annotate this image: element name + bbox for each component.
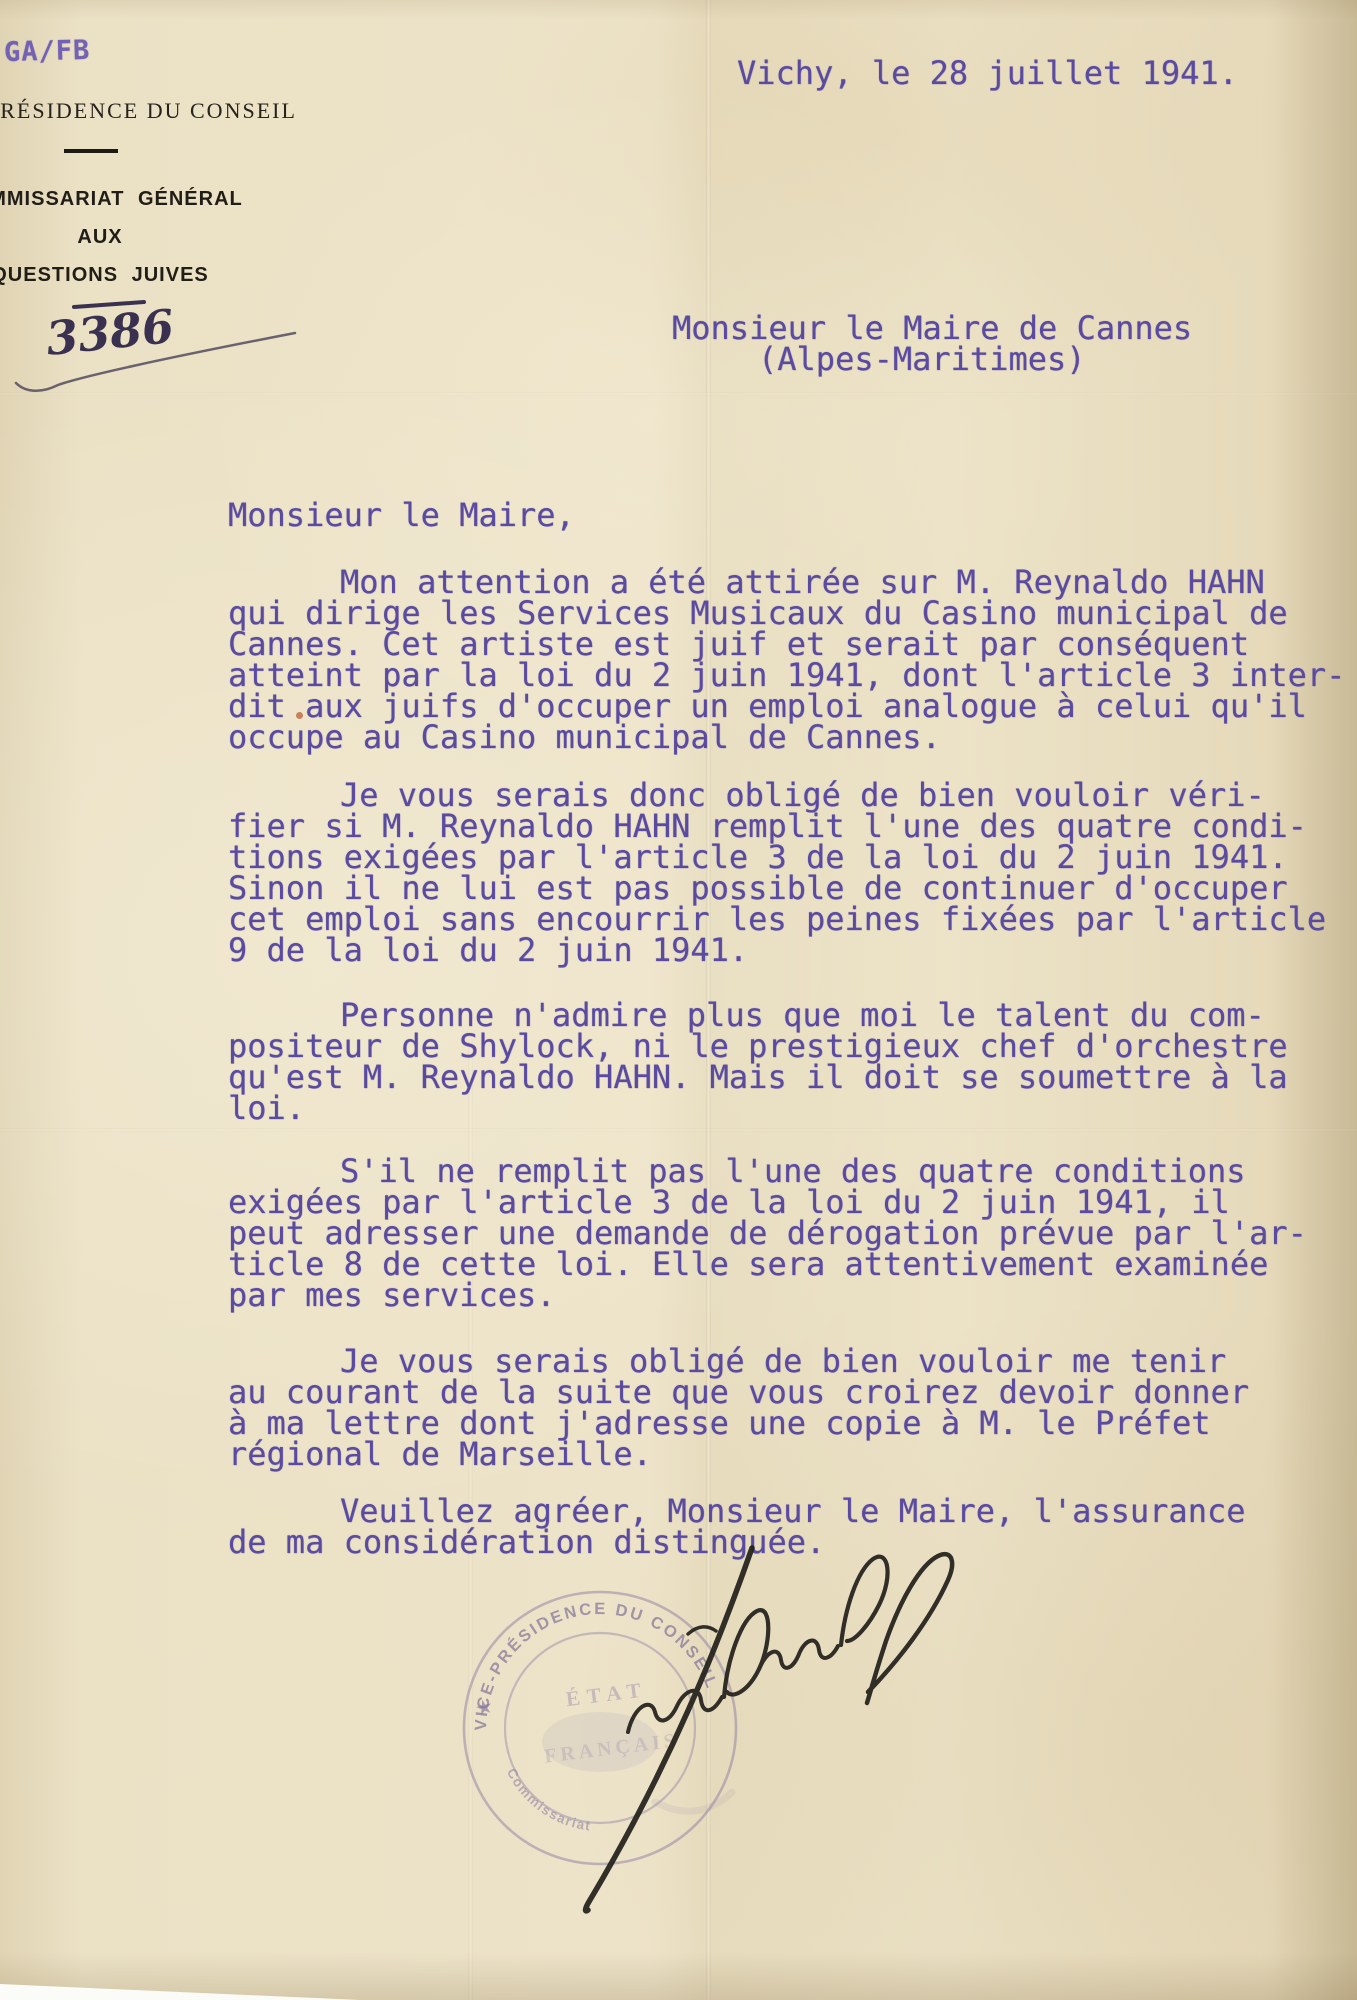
salutation: Monsieur le Maire, — [228, 500, 575, 531]
typewritten-line: loi. — [228, 1093, 1353, 1124]
signature-long-slash — [586, 1548, 752, 1911]
recipient-address: Monsieur le Maire de Cannes (Alpes-Marit… — [672, 313, 1192, 375]
paragraph-1: Mon attention a été attirée sur M. Reyna… — [228, 567, 1353, 753]
letterhead-divider-rule — [64, 149, 118, 153]
reference-number-text: 3386 — [44, 299, 177, 366]
signature-cursive-1 — [628, 1691, 722, 1732]
signature-tilde — [688, 1627, 716, 1634]
paper-edge-shadow-bottom — [0, 1952, 1357, 2000]
signature-xavier-vallat: Xavier Vallat — [540, 1520, 1000, 1940]
paragraph-5: Je vous serais obligé de bien vouloir me… — [228, 1346, 1353, 1470]
dateline: Vichy, le 28 juillet 1941. — [737, 58, 1238, 89]
handwritten-reference-number: 3386 — [0, 285, 330, 415]
signature-final-sweep — [867, 1554, 952, 1703]
paper-crease-horizontal-middle — [0, 1128, 1357, 1132]
typewritten-line: 9 de la loi du 2 juin 1941. — [228, 935, 1353, 966]
typewritten-line: par mes services. — [228, 1280, 1353, 1311]
paragraph-3: Personne n'admire plus que moi le talent… — [228, 1000, 1353, 1124]
typewritten-line: régional de Marseille. — [228, 1439, 1353, 1470]
typewritten-line: occupe au Casino municipal de Cannes. — [228, 722, 1353, 753]
letterhead-bureau-line1: COMMISSARIAT GÉNÉRAL — [0, 188, 246, 211]
paragraph-2: Je vous serais donc obligé de bien voulo… — [228, 780, 1353, 966]
letterhead-office-title: PRÉSIDENCE DU CONSEIL — [0, 98, 297, 124]
scan-edge-bottom-left — [0, 1984, 360, 2000]
signature-cursive-2 — [759, 1641, 838, 1669]
signature-tall-loop-1 — [724, 1610, 768, 1697]
signature-tall-loop-2 — [841, 1557, 888, 1645]
letterhead-bureau-line2: AUX — [0, 226, 246, 249]
reference-code-stamp: GA/FB — [4, 35, 91, 68]
typewritten-line: qu'est M. Reynaldo HAHN. Mais il doit se… — [228, 1062, 1353, 1093]
paragraph-4: S'il ne remplit pas l'une des quatre con… — [228, 1156, 1353, 1311]
recipient-line2: (Alpes-Maritimes) — [672, 344, 1192, 375]
paper-edge-shadow-top — [0, 0, 1357, 20]
letter-document: GA/FB PRÉSIDENCE DU CONSEIL COMMISSARIAT… — [0, 0, 1357, 2000]
letterhead-bureau-line3: QUESTIONS JUIVES — [0, 264, 246, 287]
